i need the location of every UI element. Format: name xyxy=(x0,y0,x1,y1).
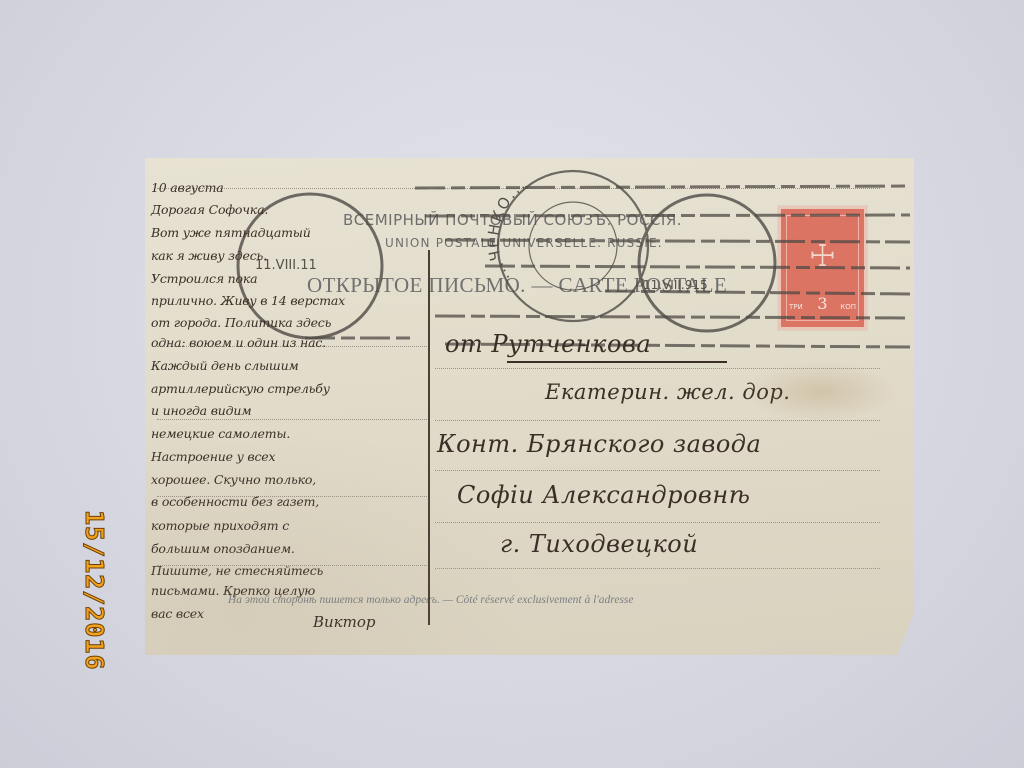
postcard: ВСЕМIРНЫЙ ПОЧТОВЫЙ СОЮЗЪ. РОССIЯ. UNION … xyxy=(145,158,914,655)
message-line: от города. Политика здесь xyxy=(151,315,331,330)
message-line: 10 августа xyxy=(151,180,223,195)
message-line: вас всех xyxy=(151,606,204,621)
message-line: Каждый день слышим xyxy=(151,358,299,373)
address-line-recipient: Софiи Александровнѣ xyxy=(457,481,750,509)
message-line: прилично. Живу в 14 верстах xyxy=(151,293,345,308)
address-line-office: Конт. Брянского завода xyxy=(437,430,761,458)
message-line: артиллерийскую стрельбу xyxy=(151,381,330,396)
message-line: и иногда видим xyxy=(151,403,251,418)
camera-date-stamp: 15/12/2016 xyxy=(80,510,109,671)
message-line: хорошее. Скучно только, xyxy=(151,472,316,487)
message-line: письмами. Крепко целую xyxy=(151,583,315,598)
address-line-surname: г. Тиходвецкой xyxy=(500,530,698,558)
message-line: Вот уже пятнадцатый xyxy=(151,225,311,240)
address-line-from: от Рутченкова xyxy=(445,330,651,358)
message-line: Устроился пока xyxy=(151,271,257,286)
signature: Виктор xyxy=(313,613,376,631)
message-line: одна: воюем и один из нас. xyxy=(151,335,326,350)
svg-text:11.VIII.915: 11.VIII.915 xyxy=(643,278,708,292)
message-line: которые приходят с xyxy=(151,518,289,533)
message-line: Дорогая Софочка. xyxy=(151,202,268,217)
underline xyxy=(507,361,727,363)
message-line: немецкие самолеты. xyxy=(151,426,290,441)
message-line: Пишите, не стесняйтесь xyxy=(151,563,323,578)
message-line: в особенности без газет, xyxy=(151,494,319,509)
svg-text:...ЧЕНКО...: ...ЧЕНКО... xyxy=(484,174,529,285)
address-line-railway: Екатерин. жел. дор. xyxy=(545,380,790,404)
message-line: как я живу здесь. xyxy=(151,248,267,263)
message-line: Настроение у всех xyxy=(151,449,275,464)
message-line: большим опозданием. xyxy=(151,541,295,556)
